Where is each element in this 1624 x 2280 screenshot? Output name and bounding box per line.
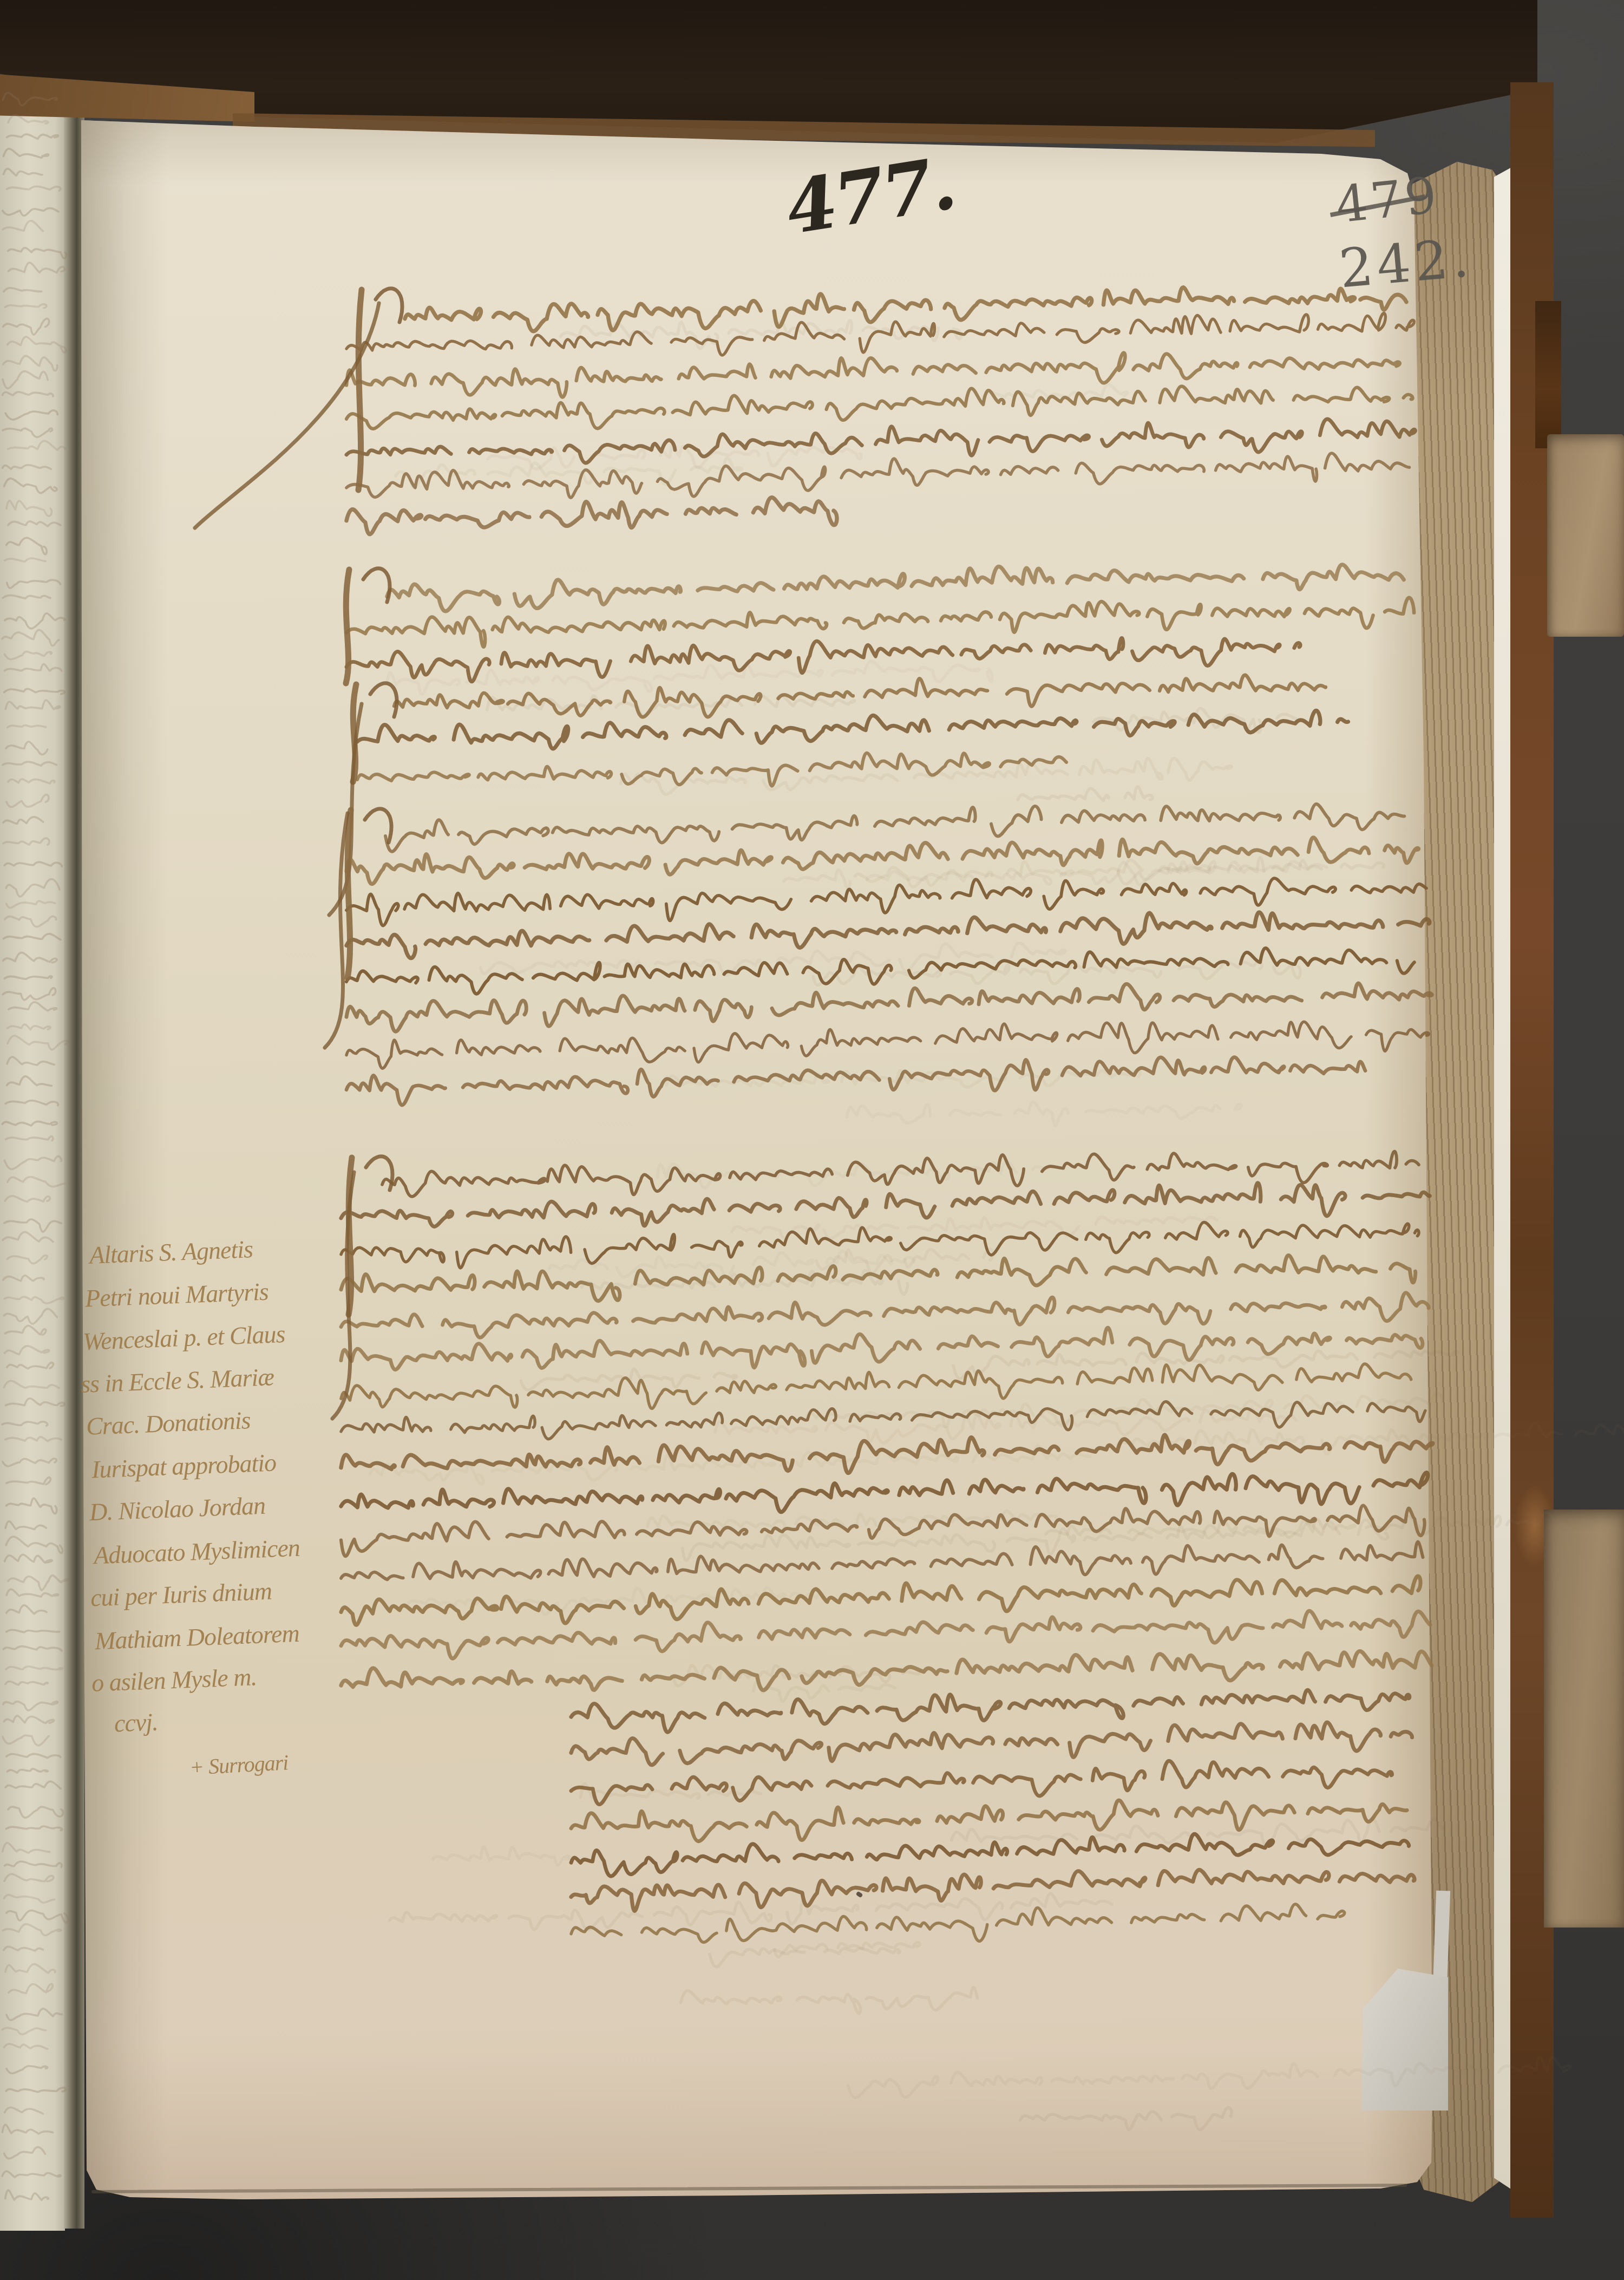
folio-number-pencil: 242. xyxy=(1337,227,1475,300)
manuscript-page xyxy=(81,115,1436,2200)
leather-strap-upper xyxy=(1547,434,1624,637)
margin-note: ccvj. xyxy=(114,1707,159,1737)
facing-page-sliver xyxy=(0,80,65,2231)
gutter-shadow xyxy=(64,80,84,2229)
page-bottom-shading xyxy=(81,2049,1436,2200)
margin-note-surrogari: + Surrogari xyxy=(189,1749,289,1780)
leather-strap-lower xyxy=(1544,1510,1624,1928)
folio-number-pencil-struck: 479 xyxy=(1333,166,1442,234)
page-gutter-shading xyxy=(81,115,168,2200)
strap-keeper xyxy=(1535,301,1561,448)
manuscript-photo: 477. 479 242. Altaris S. Agnetis Petri n… xyxy=(0,0,1624,2280)
endpaper-edge xyxy=(1494,167,1512,2198)
